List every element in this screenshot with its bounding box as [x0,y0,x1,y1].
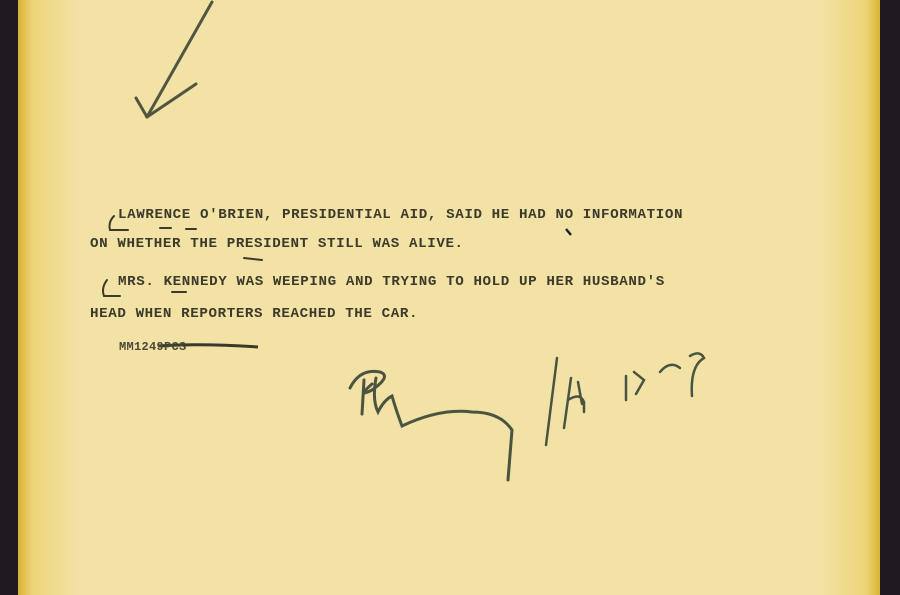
signature-icon [350,371,512,480]
typed-line-1: LAWRENCE O'BRIEN, PRESIDENTIAL AID, SAID… [118,207,683,223]
slug-code: MM1249PCS [119,340,187,354]
handwritten-time-icon [546,353,704,445]
arrow-icon [136,2,212,117]
typed-line-3: MRS. KENNEDY WAS WEEPING AND TRYING TO H… [118,274,665,290]
typed-line-2: ON WHETHER THE PRESIDENT STILL WAS ALIVE… [90,236,464,252]
tick-mark [566,229,571,235]
handwritten-annotations [0,0,900,595]
typed-line-4: HEAD WHEN REPORTERS REACHED THE CAR. [90,306,418,322]
